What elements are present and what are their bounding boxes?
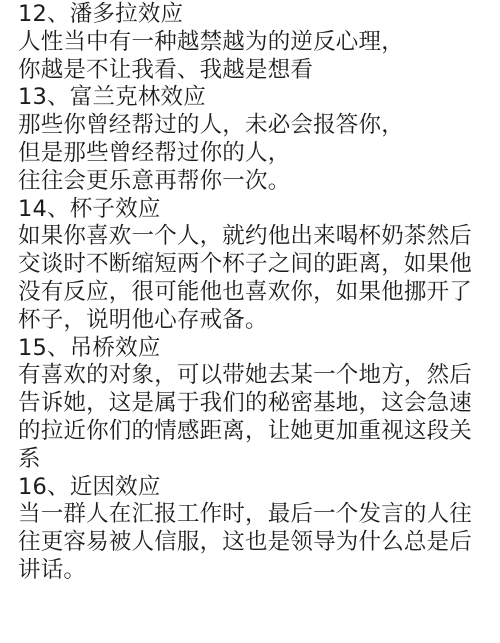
body-line: 没有反应，很可能他也喜欢你，如果他挪开了 xyxy=(18,279,488,307)
body-line: 当一群人在汇报工作时，最后一个发言的人往 xyxy=(18,501,488,529)
section-heading: 16、近因效应 xyxy=(18,474,488,502)
body-line: 如果你喜欢一个人，就约他出来喝杯奶茶然后 xyxy=(18,223,488,251)
body-line: 交谈时不断缩短两个杯子之间的距离，如果他 xyxy=(18,251,488,279)
body-line: 你越是不让我看、我越是想看 xyxy=(18,57,488,85)
section-heading: 14、杯子效应 xyxy=(18,196,488,224)
document-text: 12、潘多拉效应 人性当中有一种越禁越为的逆反心理， 你越是不让我看、我越是想看… xyxy=(18,1,488,585)
body-line: 往往会更乐意再帮你一次。 xyxy=(18,168,488,196)
section-heading: 13、富兰克林效应 xyxy=(18,84,488,112)
body-line: 但是那些曾经帮过你的人， xyxy=(18,140,488,168)
body-line: 杯子，说明他心存戒备。 xyxy=(18,307,488,335)
body-line: 人性当中有一种越禁越为的逆反心理， xyxy=(18,29,488,57)
section-heading: 15、吊桥效应 xyxy=(18,335,488,363)
body-line: 告诉她，这是属于我们的秘密基地，这会急速 xyxy=(18,390,488,418)
body-line: 系 xyxy=(18,446,488,474)
body-line: 往更容易被人信服，这也是领导为什么总是后 xyxy=(18,529,488,557)
section-heading: 12、潘多拉效应 xyxy=(18,1,488,29)
body-line: 那些你曾经帮过的人，未必会报答你， xyxy=(18,112,488,140)
body-line: 有喜欢的对象，可以带她去某一个地方，然后 xyxy=(18,362,488,390)
body-line: 讲话。 xyxy=(18,557,488,585)
body-line: 的拉近你们的情感距离，让她更加重视这段关 xyxy=(18,418,488,446)
